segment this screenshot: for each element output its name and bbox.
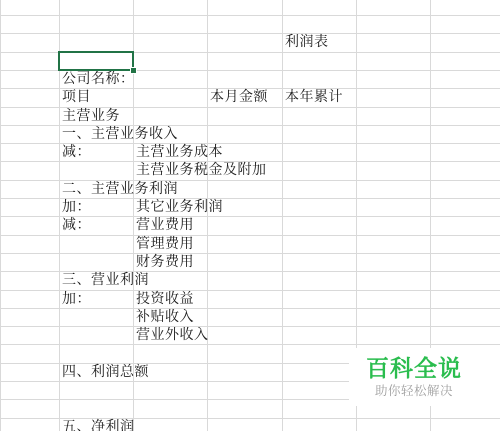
- cell[interactable]: 财务费用: [136, 253, 194, 271]
- cell[interactable]: 一、主营业务收入: [62, 125, 178, 143]
- watermark-tagline-text: 助你轻松解决: [349, 382, 479, 399]
- gridline-horizontal: [0, 15, 500, 16]
- gridline-horizontal: [0, 326, 500, 327]
- cell[interactable]: 营业费用: [136, 216, 194, 234]
- selected-cell[interactable]: [58, 51, 134, 71]
- cell[interactable]: 其它业务利润: [136, 198, 223, 216]
- cell[interactable]: 减：: [62, 143, 91, 161]
- gridline-horizontal: [0, 235, 500, 236]
- gridline-horizontal: [0, 253, 500, 254]
- cell[interactable]: 二、主营业务利润: [62, 180, 178, 198]
- cell[interactable]: 补贴收入: [136, 308, 194, 326]
- gridline-horizontal: [0, 33, 500, 34]
- fill-handle[interactable]: [130, 67, 137, 74]
- cell[interactable]: 加：: [62, 198, 91, 216]
- cell[interactable]: 项目: [62, 88, 91, 106]
- cell[interactable]: 营业外收入: [136, 326, 209, 344]
- gridline-horizontal: [0, 308, 500, 309]
- cell[interactable]: 五、净利润: [62, 418, 135, 431]
- watermark-brand-text: 百科全说: [349, 356, 479, 382]
- cell[interactable]: 三、营业利润: [62, 271, 149, 289]
- cell[interactable]: 管理费用: [136, 235, 194, 253]
- cell[interactable]: 投资收益: [136, 290, 194, 308]
- cell[interactable]: 本月金额: [210, 88, 268, 106]
- watermark: 百科全说 助你轻松解决: [349, 348, 500, 406]
- cell[interactable]: 利润表: [285, 33, 329, 51]
- cell[interactable]: 四、利润总额: [62, 363, 149, 381]
- gridline-horizontal: [0, 344, 500, 345]
- cell[interactable]: 减：: [62, 216, 91, 234]
- cell[interactable]: 主营业务: [62, 107, 120, 125]
- cell[interactable]: 公司名称：: [62, 70, 135, 88]
- cell[interactable]: 主营业务税金及附加: [136, 161, 267, 179]
- watermark-content: 百科全说 助你轻松解决: [349, 356, 479, 399]
- cell[interactable]: 本年累计: [285, 88, 343, 106]
- cell[interactable]: 加：: [62, 290, 91, 308]
- cell[interactable]: 主营业务成本: [136, 143, 223, 161]
- spreadsheet-grid[interactable]: 百科全说 助你轻松解决 利润表公司名称：项目本月金额本年累计主营业务一、主营业务…: [0, 0, 500, 431]
